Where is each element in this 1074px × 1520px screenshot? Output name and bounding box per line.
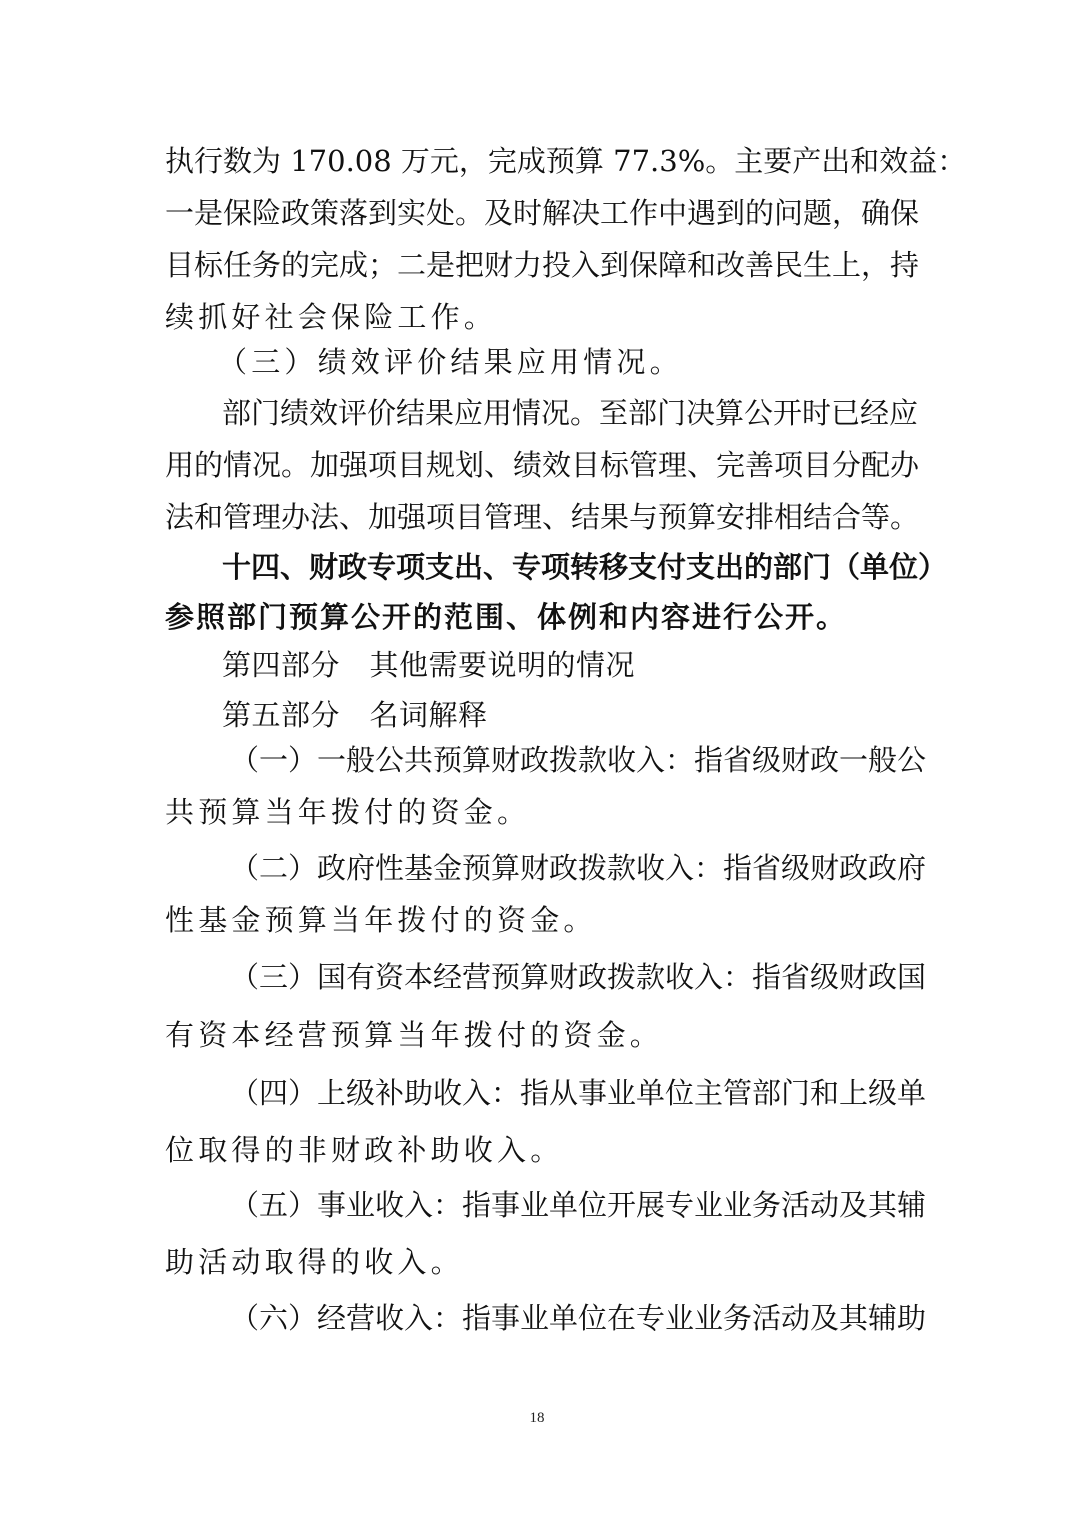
definition-line: （四）上级补助收入：指从事业单位主管部门和上级单: [230, 1075, 910, 1111]
bold-heading-line: 十四、财政专项支出、专项转移支付支出的部门（单位）: [222, 549, 910, 585]
definition-line: （三）国有资本经营预算财政拨款收入：指省级财政国: [230, 959, 910, 995]
definition-line: （二）政府性基金预算财政拨款收入：指省级财政政府: [230, 850, 910, 886]
definition-line: 助活动取得的收入。: [165, 1244, 910, 1280]
definition-line: （六）经营收入：指事业单位在专业业务活动及其辅助: [230, 1300, 910, 1336]
paragraph-line: 一是保险政策落到实处。及时解决工作中遇到的问题，确保: [165, 195, 910, 231]
paragraph-line: 用的情况。加强项目规划、绩效目标管理、完善项目分配办: [165, 447, 910, 483]
page-number: 18: [0, 1410, 1074, 1427]
definition-line: 共预算当年拨付的资金。: [165, 794, 910, 830]
bold-heading-line: 参照部门预算公开的范围、体例和内容进行公开。: [165, 599, 910, 635]
definition-line: 位取得的非财政补助收入。: [165, 1132, 910, 1168]
paragraph-line: 法和管理办法、加强项目管理、结果与预算安排相结合等。: [165, 499, 910, 535]
paragraph-line: 执行数为 170.08 万元，完成预算 77.3%。主要产出和效益：: [165, 143, 910, 179]
section-heading: （三）绩效评价结果应用情况。: [218, 344, 906, 380]
paragraph-line: 续抓好社会保险工作。: [165, 299, 910, 335]
definition-line: （五）事业收入：指事业单位开展专业业务活动及其辅: [230, 1187, 910, 1223]
definition-line: 性基金预算当年拨付的资金。: [165, 902, 910, 938]
definition-line: （一）一般公共预算财政拨款收入：指省级财政一般公: [230, 742, 910, 778]
paragraph-line: 部门绩效评价结果应用情况。至部门决算公开时已经应: [222, 395, 910, 431]
part-five-heading: 第五部分 名词解释: [222, 697, 910, 733]
paragraph-line: 目标任务的完成；二是把财力投入到保障和改善民生上，持: [165, 247, 910, 283]
definition-line: 有资本经营预算当年拨付的资金。: [165, 1017, 910, 1053]
part-four-heading: 第四部分 其他需要说明的情况: [222, 647, 910, 683]
